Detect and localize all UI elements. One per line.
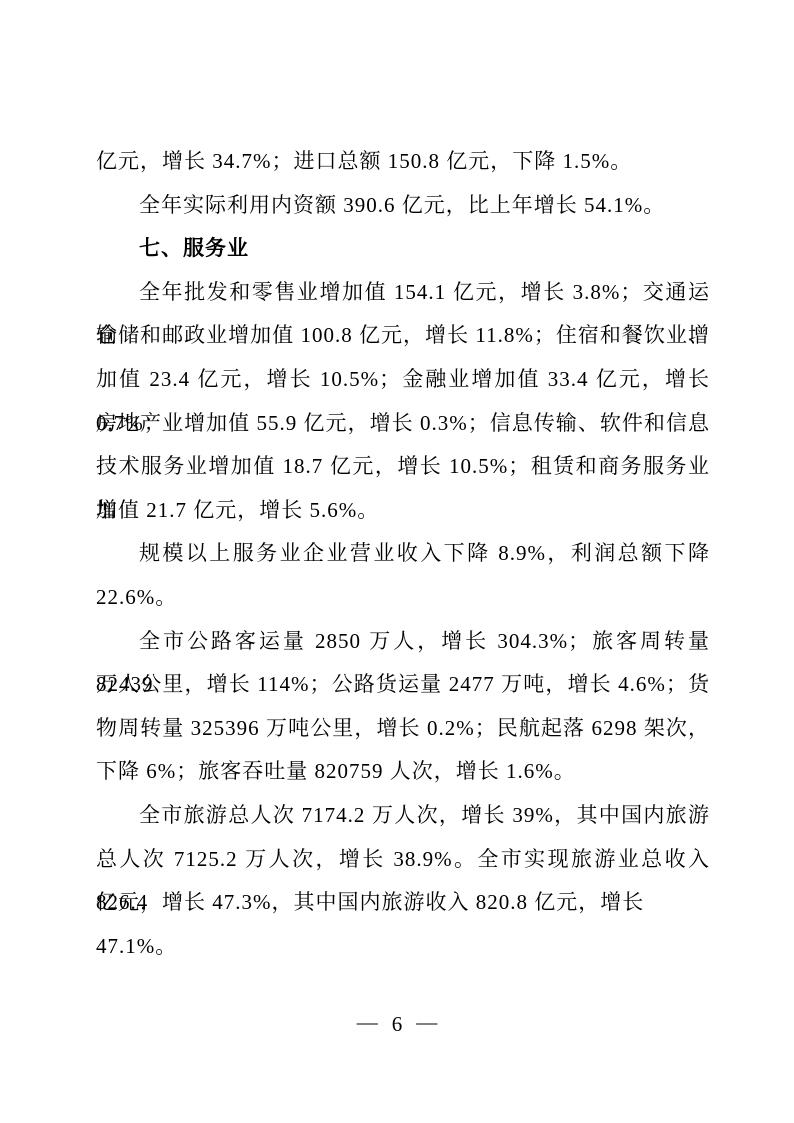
paragraph-line: 房地产业增加值 55.9 亿元，增长 0.3%；信息传输、软件和信息 (96, 402, 710, 446)
paragraph-line: 全市公路客运量 2850 万人，增长 304.3%；旅客周转量 82439 (96, 620, 710, 664)
footer-dash-left: — (357, 1006, 378, 1038)
page-footer: —6— (0, 1008, 794, 1040)
document-body: 亿元，增长 34.7%；进口总额 150.8 亿元，下降 1.5%。 全年实际利… (96, 140, 710, 925)
paragraph-line: 总人次 7125.2 万人次，增长 38.9%。全市实现旅游业总收入 826.4 (96, 838, 710, 882)
page-number: 6 (392, 1012, 403, 1036)
paragraph-line: 仓储和邮政业增加值 100.8 亿元，增长 11.8%；住宿和餐饮业增 (96, 314, 710, 358)
paragraph-line: 亿元，增长 47.3%，其中国内旅游收入 820.8 亿元，增长 47.1%。 (96, 881, 710, 925)
paragraph-line: 全年实际利用内资额 390.6 亿元，比上年增长 54.1%。 (96, 184, 710, 228)
paragraph-line: 全年批发和零售业增加值 154.1 亿元，增长 3.8%；交通运输、 (96, 271, 710, 315)
section-heading-services: 七、服务业 (96, 227, 710, 271)
paragraph-line: 加值 23.4 亿元，增长 10.5%；金融业增加值 33.4 亿元，增长 0.… (96, 358, 710, 402)
paragraph-line: 技术服务业增加值 18.7 亿元，增长 10.5%；租赁和商务服务业增 (96, 445, 710, 489)
paragraph-line: 物周转量 325396 万吨公里，增长 0.2%；民航起落 6298 架次， (96, 707, 710, 751)
paragraph-line: 下降 6%；旅客吞吐量 820759 人次，增长 1.6%。 (96, 750, 710, 794)
paragraph-line: 规模以上服务业企业营业收入下降 8.9%，利润总额下降 (96, 532, 710, 576)
paragraph-line: 全市旅游总人次 7174.2 万人次，增长 39%，其中国内旅游 (96, 794, 710, 838)
paragraph-line: 22.6%。 (96, 576, 710, 620)
paragraph-line: 万人公里，增长 114%；公路货运量 2477 万吨，增长 4.6%；货 (96, 663, 710, 707)
document-page: 亿元，增长 34.7%；进口总额 150.8 亿元，下降 1.5%。 全年实际利… (0, 0, 794, 1123)
footer-dash-right: — (416, 1006, 437, 1038)
paragraph-line: 亿元，增长 34.7%；进口总额 150.8 亿元，下降 1.5%。 (96, 140, 710, 184)
paragraph-line: 加值 21.7 亿元，增长 5.6%。 (96, 489, 710, 533)
